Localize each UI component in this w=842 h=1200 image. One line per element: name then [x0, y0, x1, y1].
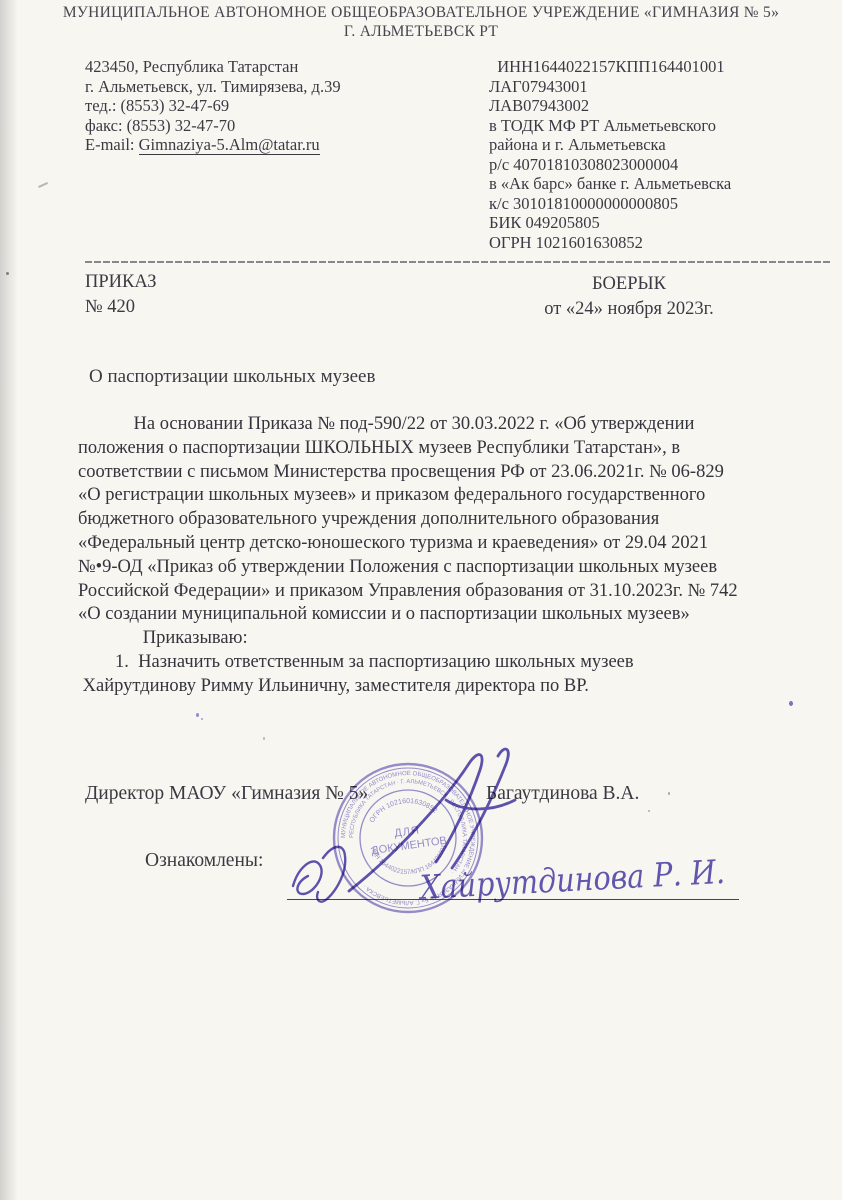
ink-speck	[201, 718, 203, 720]
stamp-outer-circle	[334, 764, 482, 912]
org-name-line1: МУНИЦИПАЛЬНОЕ АВТОНОМНОЕ ОБЩЕОБРАЗОВАТЕЛ…	[0, 3, 842, 22]
org-name-header: МУНИЦИПАЛЬНОЕ АВТОНОМНОЕ ОБЩЕОБРАЗОВАТЕЛ…	[0, 3, 842, 41]
ink-speck	[648, 810, 650, 812]
acknowledged-label: Ознакомлены:	[145, 850, 263, 872]
order-title-russian: ПРИКАЗ	[85, 272, 157, 293]
order-subject: О паспортизации школьных музеев	[89, 366, 375, 388]
order-body-text: На основании Приказа № под-590/22 от 30.…	[78, 413, 818, 699]
stamp-center-line2: ДОКУМЕНТОВ	[371, 835, 448, 857]
order-title-tatar: БОЕРЫК	[505, 272, 753, 297]
org-bank-details-block: ИНН1644022157КПП164401001 ЛАГ07943001 ЛА…	[489, 57, 829, 252]
stamp-center-line1: ДЛЯ	[394, 824, 421, 839]
order-title-tatar-group: БОЕРЫК от «24» ноября 2023г.	[505, 272, 753, 322]
stamp-outer-circle-2	[338, 768, 478, 908]
order-number: № 420	[85, 297, 135, 318]
round-stamp-for-documents: МУНИЦИПАЛЬНОЕ АВТОНОМНОЕ ОБЩЕОБРАЗОВАТЕЛ…	[328, 758, 488, 918]
email-link[interactable]: Gimnaziya-5.Alm@tatar.ru	[139, 135, 320, 155]
order-date: от «24» ноября 2023г.	[505, 297, 753, 322]
scan-edge-shadow	[0, 0, 18, 1200]
email-label: E-mail:	[85, 135, 139, 154]
director-title: Директор МАОУ «Гимназия № 5»	[85, 783, 368, 805]
stamp-center-text: ДЛЯ ДОКУМЕНТОВ	[369, 821, 448, 857]
director-name: Багаутдинова В.А.	[486, 783, 639, 805]
scan-scratch-mark	[38, 182, 48, 188]
stamp-ogrn-arc-text: ОГРН 1021601630852	[369, 798, 439, 824]
header-divider-line	[85, 261, 832, 263]
document-page: МУНИЦИПАЛЬНОЕ АВТОНОМНОЕ ОБЩЕОБРАЗОВАТЕЛ…	[0, 0, 842, 1200]
org-name-line2: Г. АЛЬМЕТЬЕВСК РТ	[0, 22, 842, 41]
ink-speck	[196, 713, 199, 717]
ink-speck	[6, 272, 9, 275]
ink-speck	[789, 701, 793, 706]
org-address-block: 423450, Республика Татарстан г. Альметье…	[85, 57, 475, 135]
svg-text:ОГРН 1021601630852: ОГРН 1021601630852	[369, 798, 439, 824]
org-email-row: E-mail: Gimnaziya-5.Alm@tatar.ru	[85, 135, 320, 155]
ink-speck	[668, 792, 670, 795]
ink-speck	[263, 737, 265, 740]
